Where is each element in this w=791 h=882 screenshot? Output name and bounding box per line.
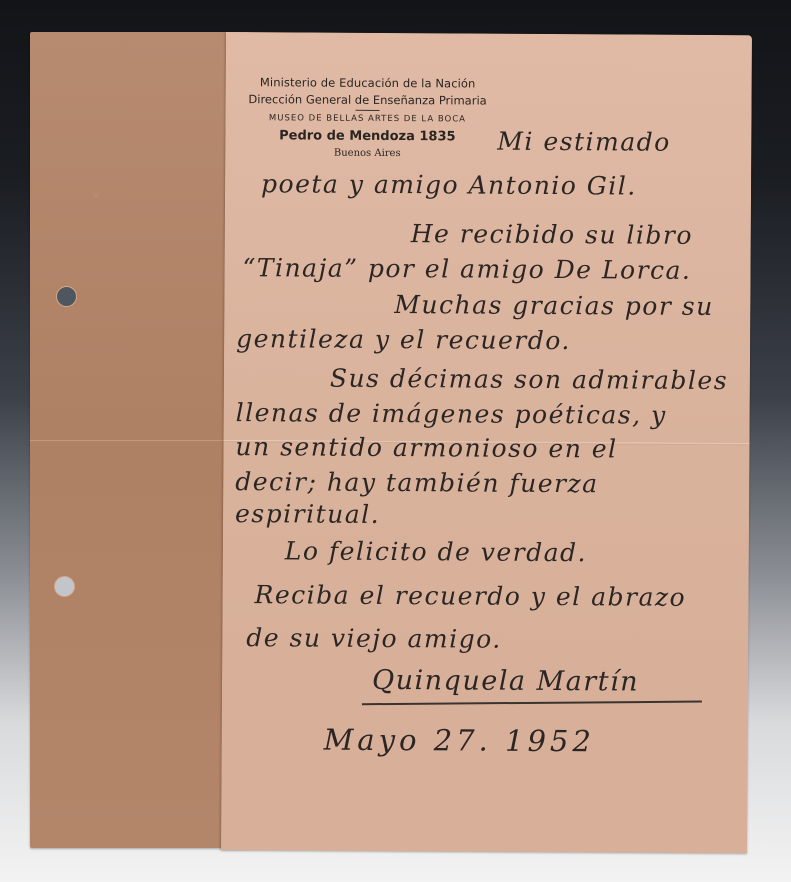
- letter-date: Mayo 27. 1952: [324, 723, 595, 759]
- fold-crease: [30, 440, 250, 441]
- letter-line: Sus décimas son admirables: [330, 364, 728, 395]
- letterhead: Ministerio de Educación de la Nación Dir…: [237, 74, 498, 163]
- letter-line: un sentido armonioso en el: [235, 432, 617, 463]
- letter-line: llenas de imágenes poéticas, y: [236, 398, 667, 430]
- punch-hole-bottom: [54, 576, 75, 597]
- letterhead-directorate: Dirección General de Enseñanza Primaria: [238, 91, 498, 110]
- salutation-line-1: Mi estimado: [497, 127, 671, 157]
- brown-backing-sheet: [30, 32, 250, 848]
- letter-line: Muchas gracias por su: [394, 290, 714, 321]
- signature-underline: [362, 701, 702, 706]
- letter-line: Reciba el recuerdo y el abrazo: [254, 580, 686, 612]
- punch-hole-top: [56, 286, 77, 307]
- letterhead-ministry: Ministerio de Educación de la Nación: [238, 74, 498, 93]
- letter-line: gentileza y el recuerdo.: [236, 324, 571, 355]
- salutation-line-2: poeta y amigo Antonio Gil.: [261, 169, 637, 200]
- letter-line: Lo felicito de verdad.: [285, 536, 587, 567]
- letterhead-museum: MUSEO DE BELLAS ARTES DE LA BOCA: [237, 110, 497, 129]
- letter-line: de su viejo amigo.: [246, 623, 502, 654]
- letter-line: decir; hay también fuerza: [235, 467, 599, 498]
- letter-line: espiritual.: [235, 499, 380, 529]
- letterhead-city: Buenos Aires: [237, 144, 497, 163]
- letter-line: He recibido su libro: [411, 219, 693, 250]
- letter-line: “Tinaja” por el amigo De Lorca.: [242, 253, 691, 285]
- signature: Quinquela Martín: [372, 665, 639, 698]
- letter-sheet: Ministerio de Educación de la Nación Dir…: [221, 32, 752, 853]
- letterhead-address: Pedro de Mendoza 1835: [237, 127, 497, 146]
